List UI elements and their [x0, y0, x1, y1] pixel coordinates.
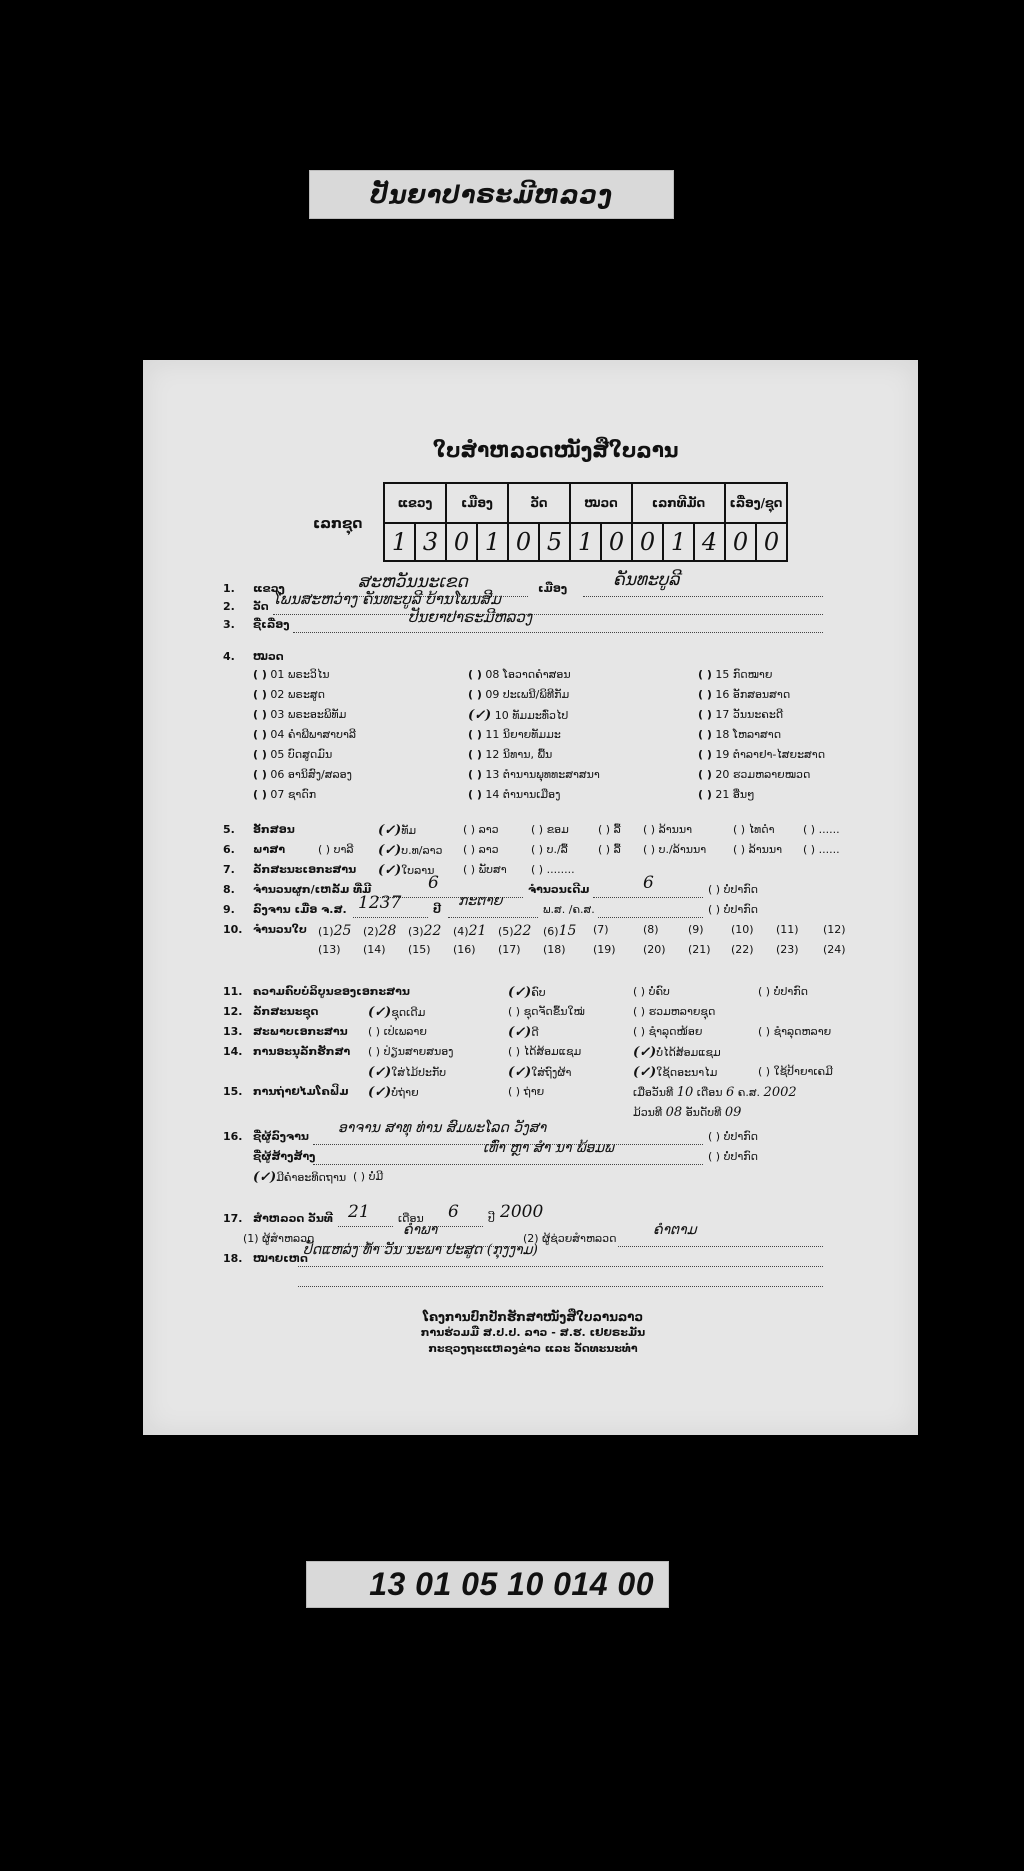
original-count-label: ຈຳນວນເດີມ [528, 883, 589, 896]
script-label: ອັກສອນ [253, 823, 295, 836]
year-label: ປີ [433, 903, 441, 916]
category-option[interactable]: ( ) 13 ຕຳນານພຸທທະສາສນາ [468, 768, 600, 781]
field-number: 7. [223, 863, 235, 876]
ref-digit: 5 [539, 523, 570, 561]
field-number: 3. [223, 618, 235, 631]
temple-value: ໂພນສະຫວ່າງ ຄັນທະບູລີ ບ້ານໂພນສີມ [273, 590, 501, 608]
ref-header-bundle-no: ເລກທີມັດ [632, 483, 725, 523]
script-option[interactable]: ( ) ຂອມ [531, 823, 569, 836]
leaf-count-cell: (19) [593, 943, 616, 956]
ref-header-category: ໝວດ [570, 483, 632, 523]
language-option[interactable]: ( ) ລາວ [463, 843, 499, 856]
ref-digit: 1 [663, 523, 694, 561]
leaf-count-cell: (24) [823, 943, 846, 956]
leaf-count-cell: (15) [408, 943, 431, 956]
leaf-count-cell: (8) [643, 923, 659, 936]
category-option[interactable]: ( ) 12 ນິທານ, ພື້ນ [468, 748, 552, 761]
survey-year-label: ປີ [488, 1212, 495, 1225]
category-option[interactable]: ( ) 03 ພຣະອະພິທັມ [253, 708, 346, 721]
language-option[interactable]: ( ) ບ./ລື້ [531, 843, 568, 856]
category-option-checked[interactable]: (✓) 10 ທັມມະທົ່ວໄປ [468, 708, 568, 723]
unknown-option[interactable]: ( ) ບໍ່ປາກົດ [708, 1150, 758, 1163]
ref-digit: 3 [415, 523, 446, 561]
original-count-value: 6 [643, 873, 654, 893]
field-number: 17. [223, 1212, 243, 1225]
field-number: 16. [223, 1130, 243, 1143]
title-label-strip: ປັນຍາປາຣະມີຫລວງ [309, 170, 674, 219]
category-option[interactable]: ( ) 01 ພຣະວິໄນ [253, 668, 330, 681]
conservation-option[interactable]: ( ) ໃຊ້ປ້າຍາເຄມີ [758, 1065, 833, 1078]
conservation-option[interactable]: ( ) ປ່ຽນສາຍສນອງ [368, 1045, 453, 1058]
category-option[interactable]: ( ) 04 ຄຳພີພາສາບາລີ [253, 728, 356, 741]
survey-form-page: ໃບສຳຫລວດໜັງສືໃບລານ ເລກຊຸດ ແຂວງ ເມືອງ ວັດ… [143, 360, 918, 1435]
dedication-option-checked[interactable]: (✓)ມີຄຳອະທິດຖານ [253, 1170, 346, 1185]
conservation-option-checked[interactable]: (✓)ໃສ່ໄມ້ປະກັບ [368, 1065, 446, 1080]
conservation-option-checked[interactable]: (✓)ໃສ່ຖົງຜ້າ [508, 1065, 572, 1080]
set-type-option[interactable]: ( ) ຊຸດຈັດຂຶ້ນໃໝ່ [508, 1005, 585, 1018]
leaf-count-cell: (12) [823, 923, 846, 936]
animal-year-value: ກະຕາຍ [458, 893, 502, 909]
document-type-label: ລັກສະນະເອກະສານ [253, 863, 356, 876]
reference-code-table: ແຂວງ ເມືອງ ວັດ ໝວດ ເລກທີມັດ ເລື່ອງ/ຊຸດ 1… [383, 482, 788, 562]
leaf-count-cell: (4)21 [453, 923, 486, 939]
microfilm-reel: ມ້ວນທີ 08 ອັນດັບທີ 09 [633, 1105, 741, 1120]
field-number: 6. [223, 843, 235, 856]
reference-code: 13 01 05 10 014 00 [369, 1566, 654, 1603]
condition-option[interactable]: ( ) ຊຳລຸດໜ້ອຍ [633, 1025, 702, 1038]
field-number: 13. [223, 1025, 243, 1038]
inscription-date-label: ລົງຈານ ເມື່ອ ຈ.ສ. [253, 903, 347, 916]
unknown-option[interactable]: ( ) ບໍ່ປາກົດ [708, 1130, 758, 1143]
leaf-count-cell: (14) [363, 943, 386, 956]
conservation-label: ການອະນຸລັກຮັກສາ [253, 1045, 350, 1058]
category-option[interactable]: ( ) 14 ຕຳນານເມືອງ [468, 788, 560, 801]
leaf-count-label: ຈຳນວນໃບ [253, 923, 307, 936]
field-number: 1. [223, 582, 235, 595]
province-value: ສະຫວັນນະເຂດ [358, 572, 468, 592]
leaf-count-cell: (10) [731, 923, 754, 936]
leaf-count-cell: (9) [688, 923, 704, 936]
category-option[interactable]: ( ) 05 ບົດສູດມົນ [253, 748, 332, 761]
project-name: ໂຄງການປົກປັກຮັກສາໜັງສືໃບລານລາວ [403, 1310, 663, 1324]
dedication-option[interactable]: ( ) ບໍ່ມີ [353, 1170, 383, 1183]
ref-digit: 0 [756, 523, 787, 561]
manuscript-title: ປັນຍາປາຣະມີຫລວງ [371, 181, 613, 209]
leaf-count-cell: (5)22 [498, 923, 531, 939]
script-option[interactable]: ( ) ລາວ [463, 823, 499, 836]
language-option[interactable]: ( ) ບ./ລ້ານນາ [643, 843, 706, 856]
scribe-label: ຊື່ຜູ້ລົງຈານ [253, 1130, 309, 1143]
category-label: ໝວດ [253, 650, 284, 663]
ref-digit: 0 [601, 523, 632, 561]
category-option[interactable]: ( ) 06 ອານິສົງ/ສລອງ [253, 768, 352, 781]
script-option[interactable]: ( ) ລ້ານນາ [643, 823, 692, 836]
district-value: ຄັນທະບູລີ [613, 570, 679, 590]
microfilm-label: ການຖ່າຍໄມໂຄຟິມ [253, 1085, 349, 1098]
ref-header-title-set: ເລື່ອງ/ຊຸດ [725, 483, 787, 523]
surveyor1-value: ຄຳພາ [403, 1222, 437, 1238]
field-number: 12. [223, 1005, 243, 1018]
category-option[interactable]: ( ) 19 ຕຳລາຢາ-ໄສຍະສາດ [698, 748, 825, 761]
field-number: 8. [223, 883, 235, 896]
scribe-value: ອາຈານ ສາທຸ ທ່ານ ສົມພະໂລດ ວັງສາ [338, 1120, 546, 1136]
leaf-count-cell: (6)15 [543, 923, 576, 939]
leaf-count-cell: (11) [776, 923, 799, 936]
category-option[interactable]: ( ) 02 ພຣະສູດ [253, 688, 325, 701]
ref-header-temple: ວັດ [508, 483, 570, 523]
survey-date-label: ສຳຫລວດ ວັນທີ [253, 1212, 333, 1225]
category-option[interactable]: ( ) 07 ຊາດົກ [253, 788, 316, 801]
ref-digit: 4 [694, 523, 725, 561]
field-number: 18. [223, 1252, 243, 1265]
language-option[interactable]: ( ) ...... [803, 843, 840, 856]
leaf-count-cell: (22) [731, 943, 754, 956]
leaf-count-cell: (17) [498, 943, 521, 956]
category-option[interactable]: ( ) 15 ກົດໝາຍ [698, 668, 772, 681]
leaf-count-cell: (1)25 [318, 923, 351, 939]
remarks-label: ໝາຍເຫດ [253, 1252, 308, 1265]
sponsor-value: ເທົ່າ ຫຼາ ສໍາ ນາ ພ້ອມພ [483, 1140, 614, 1156]
cs-year-value: 1237 [358, 893, 401, 913]
completeness-option[interactable]: ( ) ບໍ່ປາກົດ [758, 985, 808, 998]
field-number: 2. [223, 600, 235, 613]
title-value: ປັນຍາປາຣະມີຫລວງ [408, 608, 532, 626]
language-option[interactable]: ( ) ລ້ານນາ [733, 843, 782, 856]
ref-header-district: ເມືອງ [446, 483, 508, 523]
leaf-count-cell: (13) [318, 943, 341, 956]
unknown-option[interactable]: ( ) ບໍ່ປາກົດ [708, 903, 758, 916]
set-type-option[interactable]: ( ) ຮວມຫລາຍຊຸດ [633, 1005, 715, 1018]
leaf-count-cell: (2)28 [363, 923, 396, 939]
bundle-count-label: ຈຳນວນຜູກ/ເຫລັ້ມ ທີ່ມີ [253, 883, 371, 896]
completeness-option[interactable]: ( ) ບໍ່ຄົບ [633, 985, 670, 998]
category-option[interactable]: ( ) 16 ອັກສອນສາດ [698, 688, 790, 701]
language-option[interactable]: ( ) ລື້ [598, 843, 621, 856]
script-option[interactable]: ( ) ໄທດຳ [733, 823, 775, 836]
field-number: 5. [223, 823, 235, 836]
language-option[interactable]: ( ) ບາລີ [318, 843, 354, 856]
surveyor2-value: ຄຳຕາມ [653, 1222, 697, 1238]
category-option[interactable]: ( ) 09 ປະເພນີ/ພິທີກັມ [468, 688, 569, 701]
script-option[interactable]: ( ) ...... [803, 823, 840, 836]
microfilm-date: ເມື່ອວັນທີ 10 ເດືອນ 6 ຄ.ສ. 2002 [633, 1085, 797, 1100]
leaf-count-cell: (20) [643, 943, 666, 956]
ref-digit: 1 [384, 523, 415, 561]
reference-number-label: ເລກຊຸດ [313, 516, 362, 532]
title-label: ຊື່ເລື່ອງ [253, 618, 290, 631]
cooperation-line: ການຮ່ວມມື ສ.ປ.ປ. ລາວ - ສ.ຮ. ເຢຍຣະມັນ [403, 1326, 663, 1339]
category-option[interactable]: ( ) 18 ໂຫລາສາດ [698, 728, 781, 741]
microfilm-option[interactable]: ( ) ຖ່າຍ [508, 1085, 544, 1098]
remarks-value: ປັດແຫລ່ງ ທ້ຳ ວັນ ນະພາ ປະສູດ (ກຸງງາມ) [303, 1242, 538, 1258]
ref-header-province: ແຂວງ [384, 483, 446, 523]
survey-year: 2000 [500, 1202, 543, 1222]
condition-option-checked[interactable]: (✓)ດີ [508, 1025, 539, 1040]
field-number: 9. [223, 903, 235, 916]
unknown-option[interactable]: ( ) ບໍ່ປາກົດ [708, 883, 758, 896]
sponsor-label: ຊື່ຜູ້ສ້າງສ້າງ [253, 1150, 315, 1163]
conservation-option-checked[interactable]: (✓)ໃຊ້ດອະນາໄມ [633, 1065, 717, 1080]
ref-digit: 0 [446, 523, 477, 561]
set-type-label: ລັກສະນະຊຸດ [253, 1005, 318, 1018]
condition-option[interactable]: ( ) ຊຳລຸດຫລາຍ [758, 1025, 831, 1038]
doc-type-option[interactable]: ( ) ພັບສາ [463, 863, 507, 876]
conservation-option-checked[interactable]: (✓)ບໍ່ໄດ້ສ້ອມແຊມ [633, 1045, 721, 1060]
be-ad-label: ພ.ສ. /ຄ.ສ. [543, 903, 595, 916]
leaf-count-cell: (16) [453, 943, 476, 956]
field-number: 10. [223, 923, 243, 936]
script-option-checked[interactable]: (✓)ທັມ [378, 823, 416, 838]
reference-code-strip: 13 01 05 10 014 00 [306, 1561, 669, 1608]
microfilm-option-checked[interactable]: (✓)ບໍ່ຖ່າຍ [368, 1085, 419, 1100]
doc-type-option-checked[interactable]: (✓)ໃບລານ [378, 863, 434, 878]
ministry-line: ກະຊວງຖະແຫລງຂ່າວ ແລະ ວັດທະນະທຳ [403, 1342, 663, 1355]
district-label: ເມືອງ [538, 582, 567, 595]
field-number: 14. [223, 1045, 243, 1058]
field-number: 4. [223, 650, 235, 663]
form-title: ໃບສຳຫລວດໜັງສືໃບລານ [433, 438, 679, 462]
leaf-count-cell: (18) [543, 943, 566, 956]
bundle-count-value: 6 [428, 873, 439, 893]
completeness-option-checked[interactable]: (✓)ຄົບ [508, 985, 546, 1000]
category-option[interactable]: ( ) 20 ຮວມຫລາຍໝວດ [698, 768, 810, 781]
leaf-count-cell: (3)22 [408, 923, 441, 939]
leaf-count-cell: (21) [688, 943, 711, 956]
completeness-label: ຄວາມຄົບບໍລິບູນຂອງເອກະສານ [253, 985, 410, 998]
ref-digit: 1 [570, 523, 601, 561]
condition-option[interactable]: ( ) ເປ່ເພລາຍ [368, 1025, 427, 1038]
field-number: 11. [223, 985, 243, 998]
leaf-count-cell: (7) [593, 923, 609, 936]
doc-type-option[interactable]: ( ) ........ [531, 863, 575, 876]
ref-digit: 1 [477, 523, 508, 561]
ref-digit: 0 [725, 523, 756, 561]
ref-digit: 0 [632, 523, 663, 561]
ref-digit: 0 [508, 523, 539, 561]
category-option[interactable]: ( ) 08 ໂອວາດຄຳສອນ [468, 668, 571, 681]
language-option-checked[interactable]: (✓)ບ.ທ/ລາວ [378, 843, 443, 858]
script-option[interactable]: ( ) ລື້ [598, 823, 621, 836]
temple-label: ວັດ [253, 600, 269, 613]
category-option[interactable]: ( ) 11 ນິຍາຍທັມມະ [468, 728, 561, 741]
category-option[interactable]: ( ) 21 ອື່ນໆ [698, 788, 755, 801]
survey-month: 6 [448, 1202, 459, 1222]
category-option[interactable]: ( ) 17 ວັນນະຄະດີ [698, 708, 783, 721]
conservation-option[interactable]: ( ) ໄດ້ສ້ອມແຊມ [508, 1045, 581, 1058]
leaf-count-cell: (23) [776, 943, 799, 956]
survey-day: 21 [348, 1202, 370, 1222]
condition-label: ສະພາບເອກະສານ [253, 1025, 348, 1038]
set-type-option-checked[interactable]: (✓)ຊຸດເດີມ [368, 1005, 425, 1020]
field-number: 15. [223, 1085, 243, 1098]
language-label: ພາສາ [253, 843, 285, 856]
